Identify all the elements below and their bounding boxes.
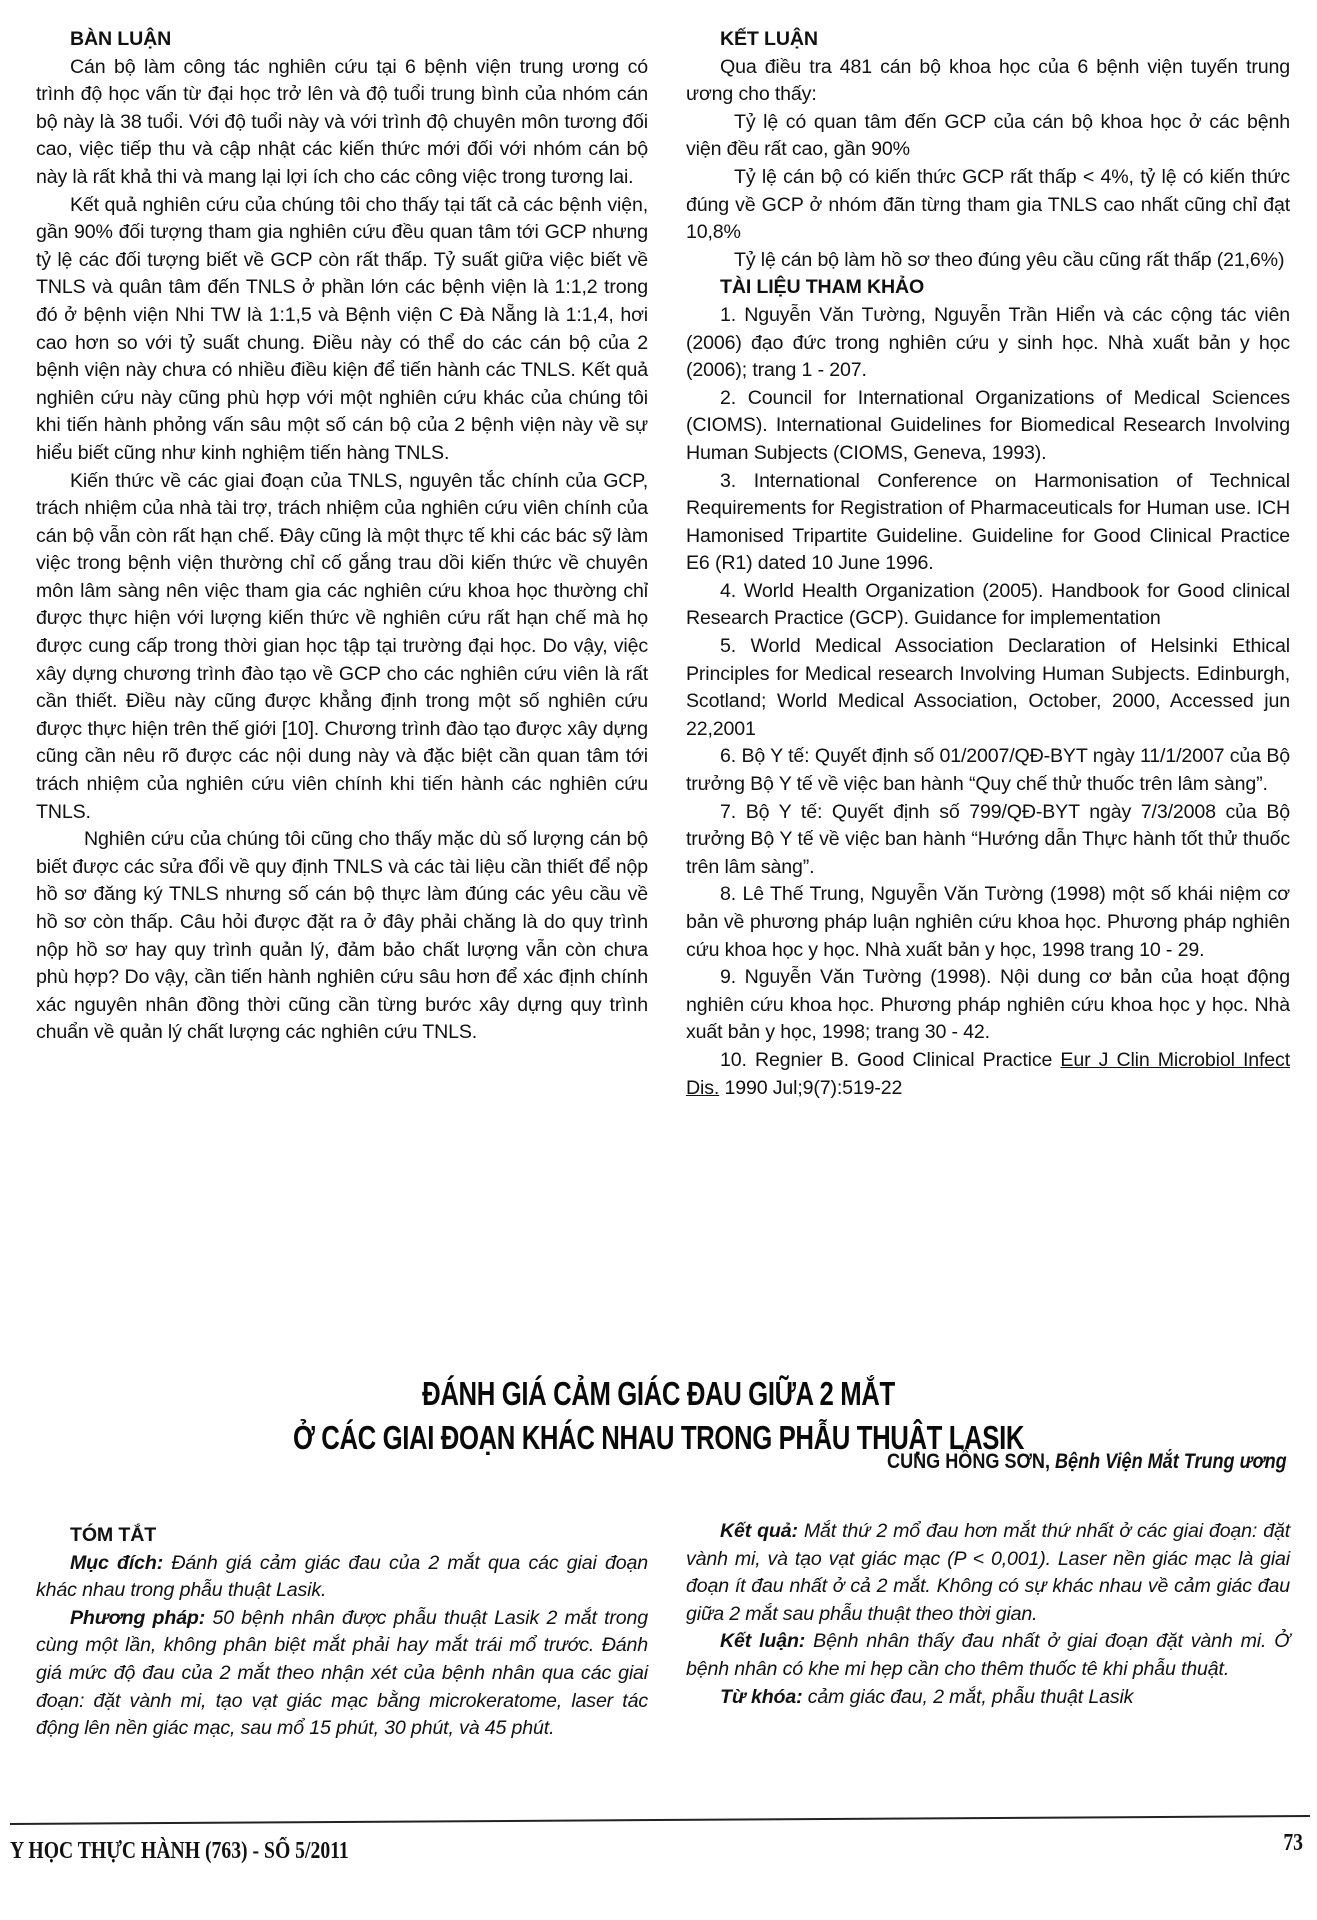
conclusion-references-column: KẾT LUẬN Qua điều tra 481 cán bộ khoa họ… (686, 26, 1290, 1102)
page-number: 73 (1283, 1830, 1303, 1857)
conclusion-paragraph-3: Tỷ lệ cán bộ có kiến thức GCP rất thấp <… (686, 164, 1290, 247)
reference-item-3: 3. International Conference on Harmonisa… (686, 468, 1290, 578)
reference-item-8: 8. Lê Thế Trung, Nguyễn Văn Tường (1998)… (686, 881, 1290, 964)
purpose-label: Mục đích: (70, 1552, 163, 1574)
article-byline: CUNG HỒNG SƠN, Bệnh Viện Mắt Trung ương (887, 1450, 1287, 1474)
keywords-label: Từ khóa: (720, 1686, 802, 1708)
author-name: CUNG HỒNG SƠN (887, 1450, 1045, 1473)
reference-item-2: 2. Council for International Organizatio… (686, 385, 1290, 468)
conclusion-paragraph-1: Qua điều tra 481 cán bộ khoa học của 6 b… (686, 54, 1290, 109)
discussion-section: BÀN LUẬN Cán bộ làm công tác nghiên cứu … (36, 26, 648, 1047)
reference-item-10: 10. Regnier B. Good Clinical Practice Eu… (686, 1047, 1290, 1102)
summary-heading: TÓM TẮT (36, 1522, 648, 1550)
reference-10-suffix: 1990 Jul;9(7):519-22 (719, 1077, 902, 1099)
abstract-result: Kết quả: Mắt thứ 2 mổ đau hơn mắt thứ nh… (686, 1518, 1290, 1628)
result-label: Kết quả: (720, 1520, 798, 1542)
conclusion-heading: KẾT LUẬN (686, 26, 1290, 54)
reference-item-9: 9. Nguyễn Văn Tường (1998). Nội dung cơ … (686, 964, 1290, 1047)
abstract-left-column: TÓM TẮT Mục đích: Đánh giá cảm giác đau … (36, 1522, 648, 1743)
discussion-paragraph-3: Kiến thức về các giai đoạn của TNLS, ngu… (36, 468, 648, 827)
discussion-paragraph-2: Kết quả nghiên cứu của chúng tôi cho thấ… (36, 192, 648, 468)
reference-10-prefix: 10. Regnier B. Good Clinical Practice (720, 1049, 1060, 1071)
abstract-conclusion-label: Kết luận: (720, 1630, 805, 1652)
abstract-right-column: Kết quả: Mắt thứ 2 mổ đau hơn mắt thứ nh… (686, 1518, 1290, 1711)
reference-item-4: 4. World Health Organization (2005). Han… (686, 578, 1290, 633)
reference-item-5: 5. World Medical Association Declaration… (686, 633, 1290, 743)
references-heading: TÀI LIỆU THAM KHẢO (686, 274, 1290, 302)
article-title-line-1: ĐÁNH GIÁ CẢM GIÁC ĐAU GIỮA 2 MẮT (145, 1372, 1172, 1416)
abstract-conclusion: Kết luận: Bệnh nhân thấy đau nhất ở giai… (686, 1628, 1290, 1683)
journal-page: BÀN LUẬN Cán bộ làm công tác nghiên cứu … (0, 0, 1317, 1920)
conclusion-paragraph-2: Tỷ lệ có quan tâm đến GCP của cán bộ kho… (686, 109, 1290, 164)
abstract-keywords: Từ khóa: cảm giác đau, 2 mắt, phẫu thuật… (686, 1684, 1290, 1712)
discussion-heading: BÀN LUẬN (36, 26, 648, 54)
conclusion-paragraph-4: Tỷ lệ cán bộ làm hồ sơ theo đúng yêu cầu… (686, 247, 1290, 275)
abstract-method: Phương pháp: 50 bệnh nhân được phẫu thuậ… (36, 1605, 648, 1743)
reference-item-7: 7. Bộ Y tế: Quyết định số 799/QĐ-BYT ngà… (686, 799, 1290, 882)
reference-item-1: 1. Nguyễn Văn Tường, Nguyễn Trần Hiển và… (686, 302, 1290, 385)
discussion-paragraph-4: Nghiên cứu của chúng tôi cũng cho thấy m… (36, 826, 648, 1047)
keywords-text: cảm giác đau, 2 mắt, phẫu thuật Lasik (802, 1686, 1133, 1708)
author-affiliation: Bệnh Viện Mắt Trung ương (1055, 1450, 1287, 1473)
discussion-paragraph-1: Cán bộ làm công tác nghiên cứu tại 6 bện… (36, 54, 648, 192)
method-label: Phương pháp: (70, 1607, 205, 1629)
reference-item-6: 6. Bộ Y tế: Quyết định số 01/2007/QĐ-BYT… (686, 743, 1290, 798)
journal-issue: Y HỌC THỰC HÀNH (763) - SỐ 5/2011 (10, 1838, 349, 1865)
abstract-purpose: Mục đích: Đánh giá cảm giác đau của 2 mắ… (36, 1550, 648, 1605)
article-title: ĐÁNH GIÁ CẢM GIÁC ĐAU GIỮA 2 MẮT Ở CÁC G… (0, 1372, 1317, 1460)
footer-divider (10, 1815, 1310, 1825)
